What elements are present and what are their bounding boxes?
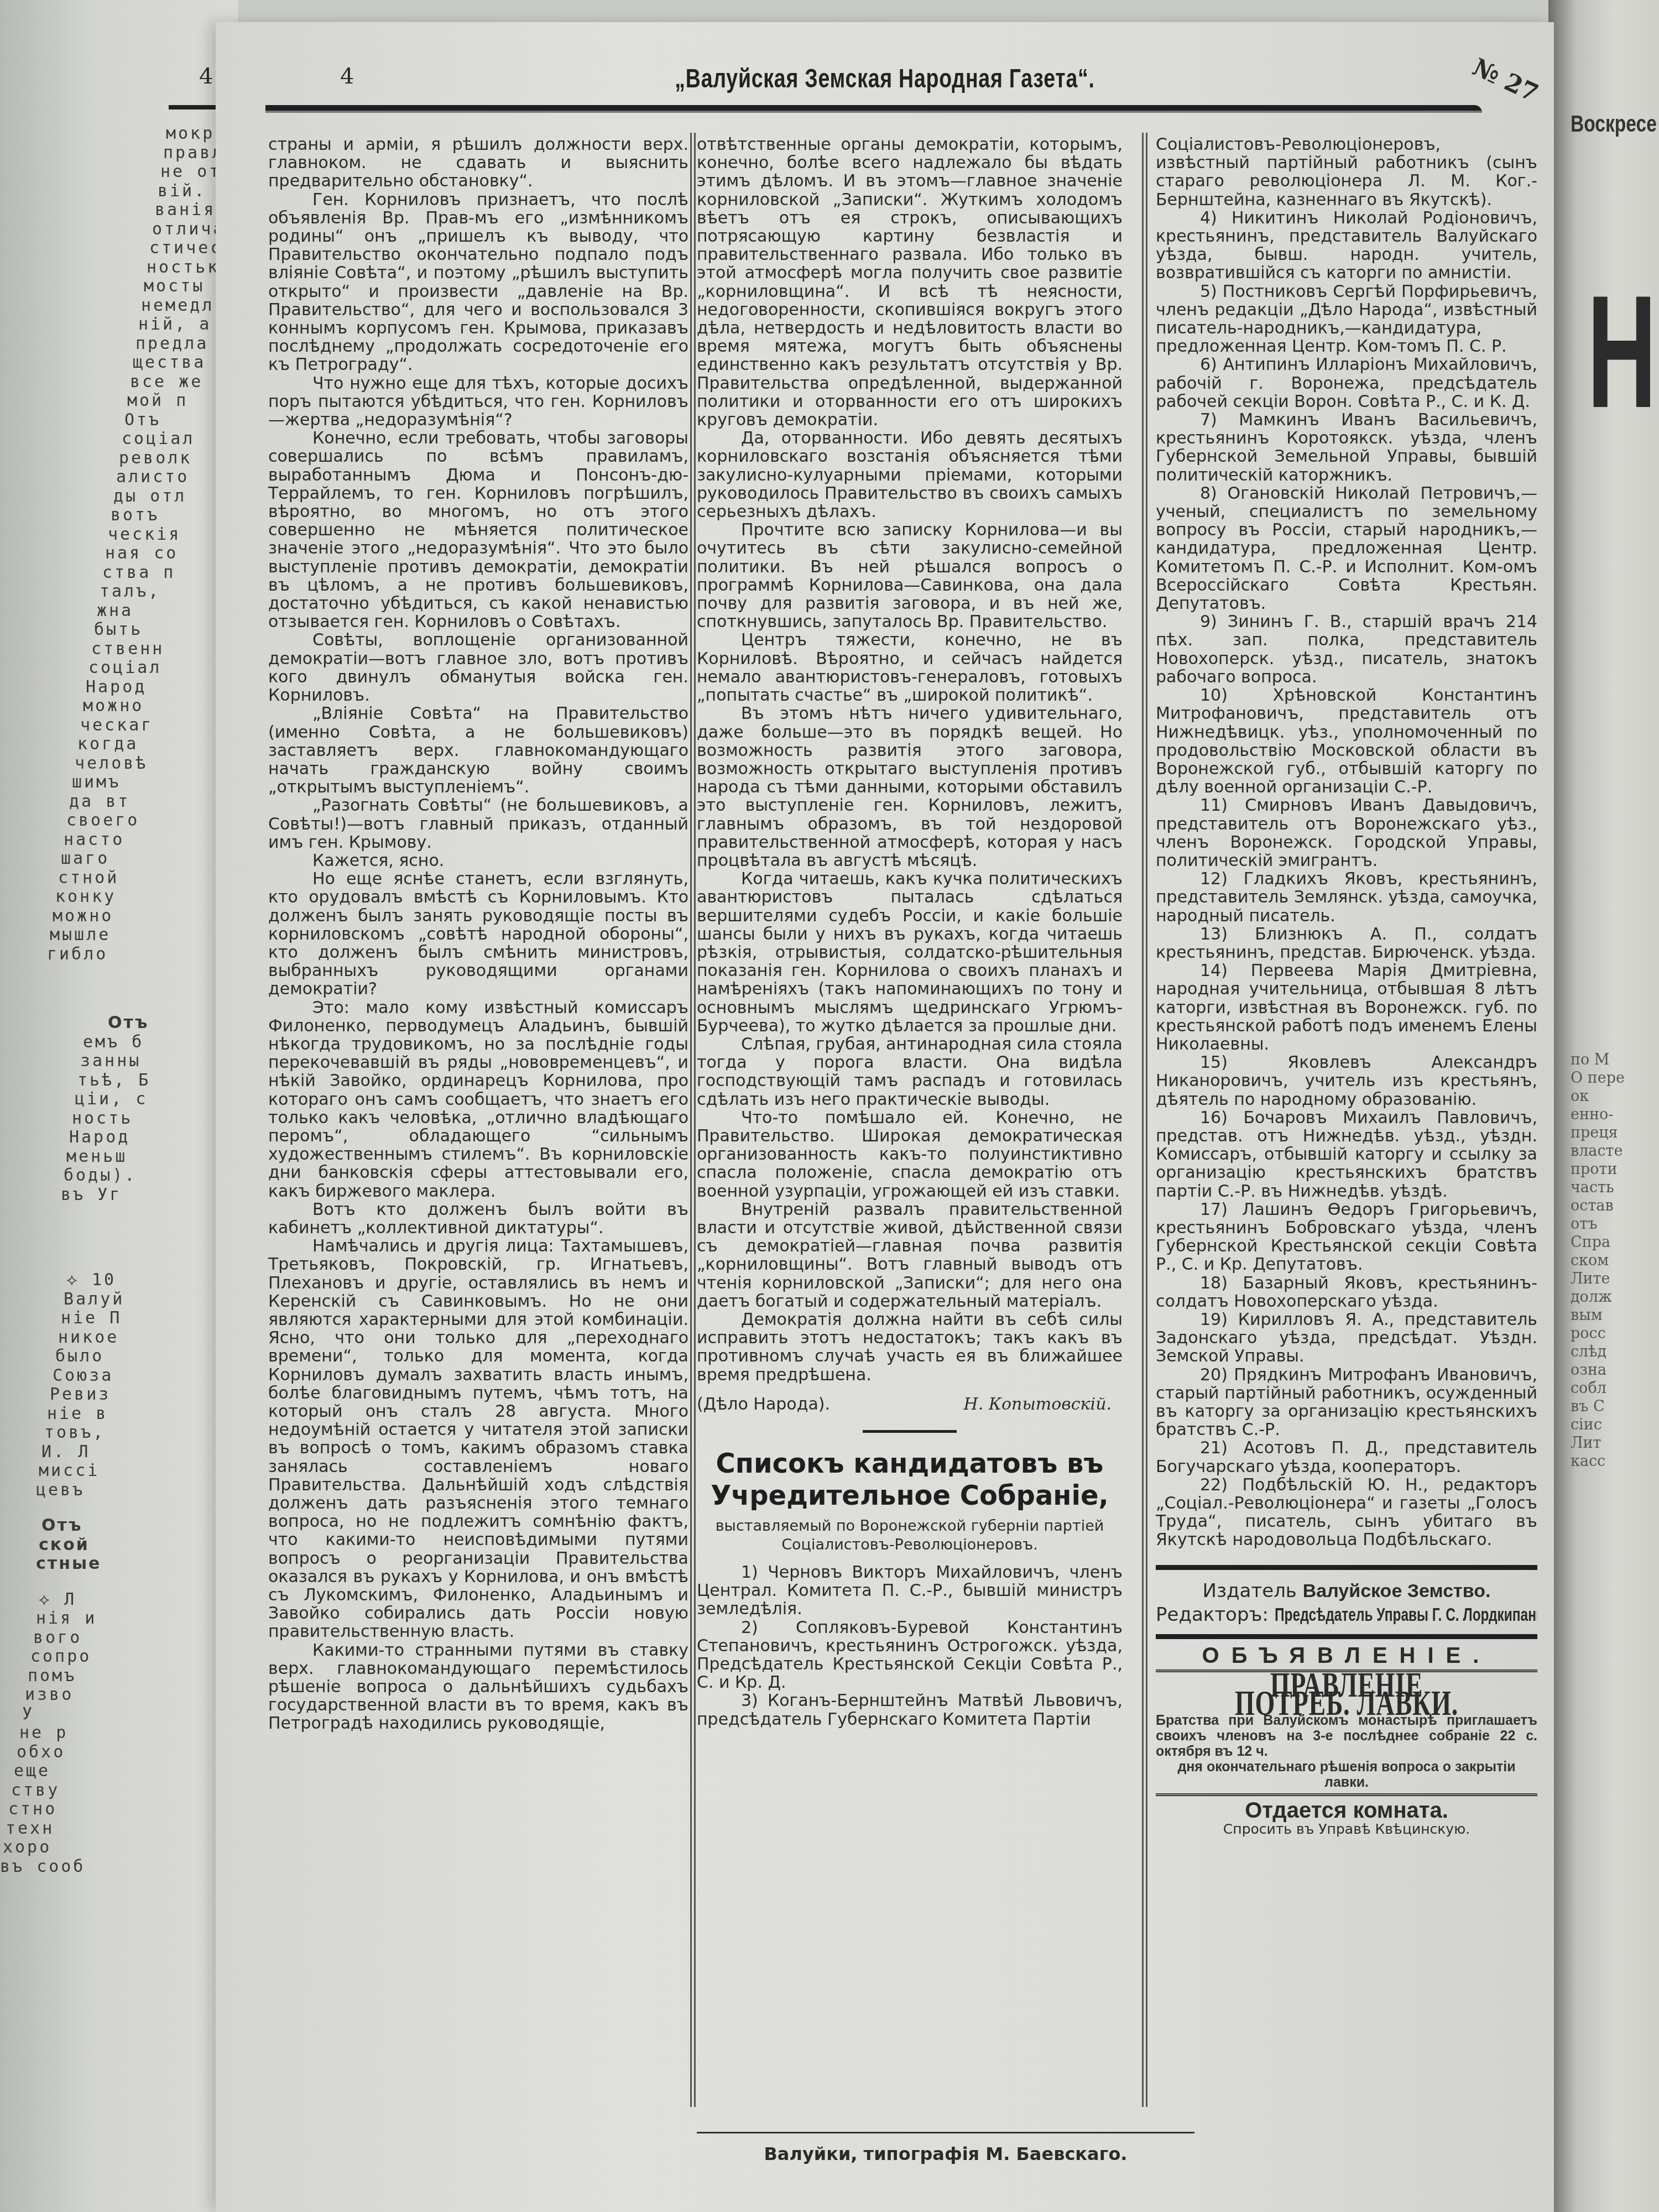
column-divider (1142, 133, 1147, 2107)
right-page-line: росс (1571, 1324, 1625, 1343)
candidate-item: 1) Черновъ Викторъ Михайловичъ, членъ Це… (697, 1563, 1123, 1619)
candidate-item: 10) Хрѣновской Константинъ Митрофановичъ… (1156, 686, 1537, 796)
paragraph: Что-то помѣшало ей. Конечно, не Правител… (697, 1109, 1123, 1201)
under-page-line: меньш (0, 1147, 227, 1167)
under-page-line: ственн (0, 640, 227, 659)
right-page-line: проти (1571, 1160, 1625, 1178)
paragraph: Когда читаешь, какъ кучка политическихъ … (697, 870, 1123, 1035)
right-page-line: въ С (1571, 1397, 1625, 1416)
under-page-line: не р (0, 1724, 227, 1743)
right-page-line: озна (1571, 1361, 1625, 1379)
under-page-line: стичес (0, 239, 227, 258)
paragraph: „Разогнать Совѣты“ (не большевиковъ, а С… (268, 796, 688, 852)
under-page-heading: Отъ (0, 1014, 227, 1033)
paragraph: Конечно, если требовать, чтобы заговоры … (268, 429, 688, 631)
right-page-line: по М (1571, 1051, 1625, 1069)
under-page-line: стные (0, 1554, 227, 1574)
candidate-item: 14) Первеева Марія Дмитріевна, народная … (1156, 962, 1537, 1053)
under-page-line: жна (0, 602, 227, 621)
candidate-item: 21) Асотовъ П. Д., представитель Богучар… (1156, 1439, 1537, 1475)
masthead-rule (265, 105, 1482, 113)
under-page-line: изво (0, 1686, 227, 1705)
under-page-line: цевъ (0, 1481, 227, 1500)
article-column-3: Соціалистовъ-Революціонеровъ, извѣстный … (1156, 135, 1537, 1838)
candidate-item: 18) Базарный Яковъ, крестьянинъ-солдатъ … (1156, 1274, 1537, 1311)
under-page-line: да вт (0, 792, 227, 812)
right-page-line: отъ (1571, 1215, 1625, 1233)
paragraph: Кажется, ясно. (268, 852, 688, 870)
under-page-line: стно (0, 1800, 227, 1819)
under-page-line: занны (0, 1052, 227, 1071)
section-rule (863, 1430, 957, 1433)
page-number: 4 (340, 64, 354, 89)
right-page-line: ок (1571, 1087, 1625, 1105)
candidate-item: 17) Лашинъ Өедоръ Григорьевичъ, крестьян… (1156, 1201, 1537, 1274)
under-page-line: Ревиз (0, 1385, 227, 1405)
signature-source: (Дѣло Народа). (697, 1395, 830, 1413)
under-page-line: все же (0, 373, 227, 392)
under-page-line: Валуй (0, 1290, 227, 1310)
candidate-item-continued: Соціалистовъ-Революціонеровъ, извѣстный … (1156, 135, 1537, 209)
under-page-line: соціал (0, 659, 227, 678)
paragraph: Но еще яснѣе станетъ, если взглянуть, кт… (268, 870, 688, 998)
paragraph: Въ этомъ нѣтъ ничего удивительнаго, даже… (697, 705, 1123, 870)
candidate-item: 13) Близнюкъ А. П., солдатъ крестьянинъ,… (1156, 925, 1537, 962)
under-page-line: предла (0, 335, 227, 354)
under-page-line: помъ (0, 1667, 227, 1686)
under-page-line: когда (0, 735, 227, 754)
right-page-line: ском (1571, 1251, 1625, 1270)
article-signature: (Дѣло Народа). Н. Копытовскій. (697, 1395, 1123, 1413)
paragraph: Демократія должна найти въ себѣ силы исп… (697, 1311, 1123, 1384)
right-page-line: Спра (1571, 1233, 1625, 1251)
under-page-line: ванія (0, 201, 227, 220)
candidate-item: 4) Никитинъ Николай Родіоновичъ, крестья… (1156, 209, 1537, 283)
under-page-line: не отд (0, 163, 227, 182)
under-page-line: мосты (0, 277, 227, 296)
under-page-line: техн (0, 1819, 227, 1839)
candidate-item: 2) Сопляковъ-Буревой Константинъ Степано… (697, 1619, 1123, 1692)
under-page-line: можно (0, 907, 227, 926)
issue-number: № 27 (1468, 53, 1542, 108)
editor-name: Предсѣдатель Управы Г. С. Лордкипанидзе (1275, 1606, 1537, 1624)
paragraph: отвѣтственные органы демократіи, которым… (697, 135, 1123, 429)
paragraph: Совѣты, воплощеніе организованной демокр… (268, 631, 688, 705)
right-page-line: Лит (1571, 1434, 1625, 1452)
right-page-big-letter: Н (1587, 260, 1657, 444)
article-column-1: страны и арміи, я рѣшилъ должности верх.… (268, 135, 688, 1733)
under-page-line: насто (0, 831, 227, 850)
candidate-item: 8) Огановскій Николай Петровичъ,—ученый,… (1156, 484, 1537, 613)
signature-author: Н. Копытовскій. (964, 1395, 1112, 1413)
candidate-item: 6) Антипинъ Илларіонъ Михайловичъ, рабоч… (1156, 356, 1537, 411)
ad-shop-text: Братства при Валуйскомъ монастырѣ пригла… (1156, 1713, 1537, 1796)
candidate-item: 7) Мамкинъ Иванъ Васильевичъ, крестьянин… (1156, 411, 1537, 484)
paragraph: Слѣпая, грубая, антинародная сила стояла… (697, 1035, 1123, 1109)
under-page-line: ству (0, 1781, 227, 1801)
candidate-item: 22) Подбѣльскій Ю. Н., редакторъ „Соціал… (1156, 1476, 1537, 1550)
under-page-line: алисто (0, 468, 227, 487)
under-page-line: тьѣ, Б (0, 1071, 227, 1091)
under-page-line: немедл (0, 296, 227, 316)
paragraph: Внутреній развалъ правительственной влас… (697, 1201, 1123, 1311)
under-page-line: Народ (0, 678, 227, 697)
under-page-line: хоро (0, 1838, 227, 1858)
under-page-line: было (0, 1347, 227, 1366)
under-page-line: Народ (0, 1128, 227, 1147)
newspaper-page: 4 „Валуйская Земская Народная Газета“. №… (216, 22, 1554, 2212)
editor-line: Редакторъ: Предсѣдатель Управы Г. С. Лор… (1156, 1606, 1537, 1624)
candidate-item: 15) Яковлевъ Александръ Никаноровичъ, уч… (1156, 1053, 1537, 1109)
paragraph: Это: мало кому извѣстный комиссаръ Филон… (268, 999, 688, 1201)
candidate-item: 19) Кирилловъ Я. А., представитель Задон… (1156, 1311, 1537, 1366)
under-page-line: ціи, с (0, 1090, 227, 1109)
under-page-line: еще (0, 1762, 227, 1781)
candidate-item: 16) Бочаровъ Михаилъ Павловичъ, представ… (1156, 1109, 1537, 1201)
paragraph: страны и арміи, я рѣшилъ должности верх.… (268, 135, 688, 191)
under-page-line: вого (0, 1629, 227, 1648)
right-page-title: Воскресе (1571, 111, 1657, 137)
under-page-line: можно (0, 697, 227, 716)
under-page-line: нія и (0, 1609, 227, 1629)
paragraph: „Вліяніе Совѣта“ на Правительство (именн… (268, 705, 688, 796)
under-page-line: въ Уг (0, 1186, 227, 1205)
printer-footer: Валуйки, типографія М. Баевскаго. (697, 2132, 1194, 2164)
under-page-line: ность (0, 1109, 227, 1129)
candidates-list-part2: 4) Никитинъ Николай Родіоновичъ, крестья… (1156, 209, 1537, 1550)
under-page-line: шимъ (0, 773, 227, 792)
under-page-line: И. Л (0, 1443, 227, 1462)
under-page-line: ная со (0, 544, 227, 564)
under-page-line: ностьк (0, 258, 227, 278)
under-page-line: миссі (0, 1462, 227, 1481)
under-page-line: стной (0, 869, 227, 888)
right-page-line: Лите (1571, 1270, 1625, 1288)
under-page-line: конку (0, 888, 227, 907)
under-page-line: товъ, (0, 1423, 227, 1443)
under-page-line: мой п (0, 392, 227, 411)
right-page-line: долж (1571, 1288, 1625, 1306)
under-page-line: Союза (0, 1366, 227, 1386)
under-page-line: ской (0, 1536, 227, 1555)
underlying-left-page: 4 мократправлене отдвій. Тваніяотличасти… (0, 0, 238, 2212)
paragraph: Какими-то странными путями въ ставку вер… (268, 1641, 688, 1733)
under-page-line: У (0, 1705, 227, 1724)
under-page-line: ческія (0, 525, 227, 545)
under-page-line: ды отл (0, 487, 227, 507)
under-page-line: соціал (0, 430, 227, 449)
candidates-list-part1: 1) Черновъ Викторъ Михайловичъ, членъ Це… (697, 1563, 1123, 1729)
right-page-line: собл (1571, 1379, 1625, 1397)
right-page-line: сіис (1571, 1416, 1625, 1434)
candidate-item: 12) Гладкихъ Яковъ, крестьянинъ, предста… (1156, 870, 1537, 925)
under-page-line: быть (0, 620, 227, 640)
under-page-line: ній, а (0, 315, 227, 335)
under-page-line: ⟡ 10 (0, 1271, 227, 1290)
right-page-line: слѣд (1571, 1343, 1625, 1361)
under-page-line: никое (0, 1328, 227, 1348)
candidate-item: 9) Зининъ Г. В., старшій врачъ 214 пѣх. … (1156, 613, 1537, 686)
candidate-item: 3) Коганъ-Бернштейнъ Матвѣй Львовичъ, пр… (697, 1692, 1123, 1728)
under-page-line: емъ б (0, 1033, 227, 1052)
right-page-line: касс (1571, 1452, 1625, 1470)
paragraph: Намѣчались и другія лица: Тахтамышевъ, Т… (268, 1237, 688, 1641)
right-page-line: вым (1571, 1306, 1625, 1324)
column-divider (690, 133, 696, 2107)
paragraph: Вотъ кто долженъ былъ войти въ кабинетъ … (268, 1201, 688, 1237)
under-page-line: Отъ (0, 1516, 227, 1536)
ad-room-text: Спросить въ Управѣ Квѣцинскую. (1156, 1820, 1537, 1838)
right-page-line: часть (1571, 1178, 1625, 1197)
ad-room-title: Отдается комната. (1156, 1802, 1537, 1820)
under-page-line: ніе в (0, 1405, 227, 1424)
under-page-line: мышле (0, 926, 227, 945)
under-page-line: мократ (0, 124, 227, 144)
page-number-under: 4 (199, 64, 213, 89)
under-page-line: ческаг (0, 716, 227, 735)
publisher-line: Издатель Валуйское Земство. (1156, 1582, 1537, 1600)
under-page-line: гибло (0, 945, 227, 964)
candidate-item: 20) Прядкинъ Митрофанъ Ивановичъ, старый… (1156, 1366, 1537, 1439)
publisher-name: Валуйское Земство. (1303, 1580, 1491, 1601)
paragraph: Центръ тяжести, конечно, не въ Корниловѣ… (697, 631, 1123, 705)
under-page-line: револк (0, 449, 227, 468)
under-page-line: ства п (0, 564, 227, 583)
under-page-line: щества (0, 353, 227, 373)
under-page-line: человѣ (0, 754, 227, 774)
under-page-line: талъ, (0, 582, 227, 602)
right-page-line: енно- (1571, 1105, 1625, 1124)
imprint-block: Издатель Валуйское Земство. Редакторъ: П… (1156, 1565, 1537, 1639)
under-page-line: обхо (0, 1743, 227, 1762)
under-page-line: сопро (0, 1647, 227, 1667)
under-page-line: правле (0, 144, 227, 163)
under-page-line: боды). (0, 1166, 227, 1186)
under-page-line: ніе П (0, 1309, 227, 1328)
underlying-right-page: Воскресе Н по МО переокенно-прецявластеп… (1548, 0, 1659, 2212)
paragraph: Ген. Корниловъ признаетъ, что послѣ объя… (268, 191, 688, 374)
under-page-text-column: мократправлене отдвій. Тваніяотличастиче… (0, 124, 227, 1876)
under-page-line: ⟡ Л (0, 1590, 227, 1610)
paragraph: Да, оторванности. Ибо девять десятыхъ ко… (697, 429, 1123, 521)
under-page-line: вій. Т (0, 182, 227, 201)
under-page-line: шаго (0, 849, 227, 869)
right-page-line: остав (1571, 1197, 1625, 1215)
paragraph: Что нужно еще для тѣхъ, которые досихъ п… (268, 374, 688, 430)
candidate-item: 5) Постниковъ Сергѣй Порфирьевичъ, членъ… (1156, 283, 1537, 356)
under-page-line: вотъ (0, 506, 227, 525)
right-page-line: О пере (1571, 1069, 1625, 1087)
article-column-2: отвѣтственные органы демократіи, которым… (697, 135, 1123, 1729)
under-page-line: своего (0, 811, 227, 831)
right-page-line: преця (1571, 1124, 1625, 1142)
right-page-fragments: по МО переокенно-прецявластепротичастьос… (1571, 1051, 1625, 1470)
ad-shop-title: ПРАВЛЕНІЕ ПОТРЕБ. ЛАВКИ. (1209, 1676, 1484, 1712)
right-page-line: власте (1571, 1142, 1625, 1160)
under-page-line: въ сооб (0, 1858, 227, 1877)
paragraph: Прочтите всю записку Корнилова—и вы очут… (697, 521, 1123, 631)
candidates-heading: Списокъ кандидатовъ въ Учредительное Соб… (705, 1447, 1114, 1511)
under-page-line: отлича (0, 220, 227, 239)
candidates-subtitle: выставляемый по Воронежской губерніи пар… (697, 1517, 1123, 1554)
masthead-title: „Валуйская Земская Народная Газета“. (363, 64, 1407, 94)
under-page-line: Отъ (0, 411, 227, 430)
candidate-item: 11) Смирновъ Иванъ Давыдовичъ, представи… (1156, 796, 1537, 870)
